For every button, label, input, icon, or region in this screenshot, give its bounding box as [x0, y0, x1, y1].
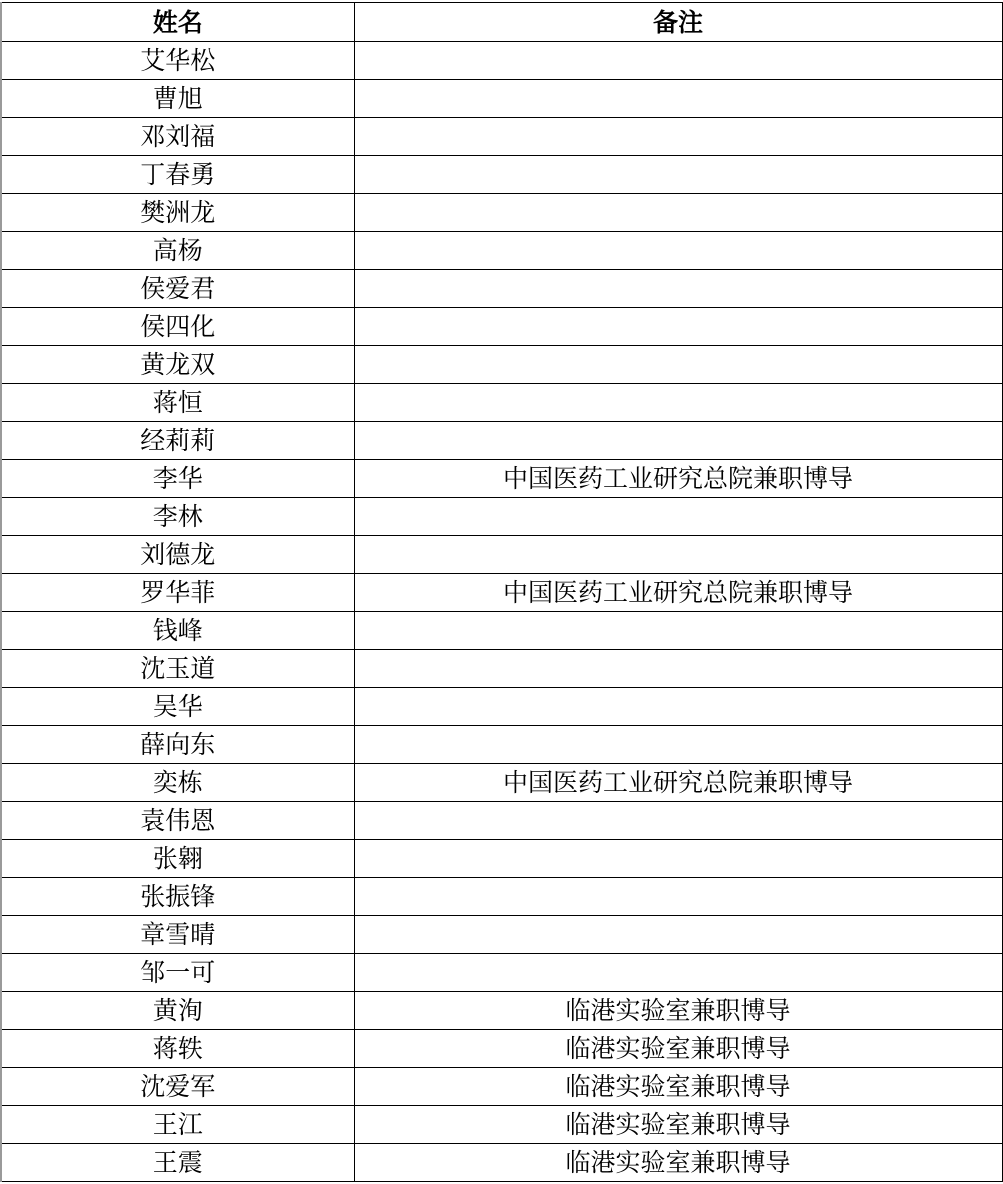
name-cell[interactable]: 章雪晴 — [1, 916, 354, 954]
note-cell[interactable] — [354, 916, 1002, 954]
note-cell[interactable] — [354, 954, 1002, 992]
name-cell[interactable]: 张振锋 — [1, 878, 354, 916]
note-cell[interactable] — [354, 422, 1002, 460]
name-cell[interactable]: 王江 — [1, 1106, 354, 1144]
table-row: 罗华菲中国医药工业研究总院兼职博导 — [1, 574, 1002, 612]
table-row: 王震临港实验室兼职博导 — [1, 1144, 1002, 1182]
table-row: 黄洵临港实验室兼职博导 — [1, 992, 1002, 1030]
name-cell[interactable]: 艾华松 — [1, 42, 354, 80]
table-row: 高杨 — [1, 232, 1002, 270]
table-row: 蒋轶临港实验室兼职博导 — [1, 1030, 1002, 1068]
table-row: 曹旭 — [1, 80, 1002, 118]
table-row: 张翱 — [1, 840, 1002, 878]
name-cell[interactable]: 王震 — [1, 1144, 354, 1182]
name-cell[interactable]: 黄洵 — [1, 992, 354, 1030]
header-row: 姓名 备注 — [1, 3, 1002, 42]
note-cell[interactable] — [354, 270, 1002, 308]
name-cell[interactable]: 张翱 — [1, 840, 354, 878]
table-row: 章雪晴 — [1, 916, 1002, 954]
note-cell[interactable]: 临港实验室兼职博导 — [354, 1144, 1002, 1182]
note-cell[interactable] — [354, 384, 1002, 422]
name-cell[interactable]: 李林 — [1, 498, 354, 536]
note-cell[interactable] — [354, 346, 1002, 384]
table-row: 薛向东 — [1, 726, 1002, 764]
name-cell[interactable]: 高杨 — [1, 232, 354, 270]
name-cell[interactable]: 黄龙双 — [1, 346, 354, 384]
table-row: 经莉莉 — [1, 422, 1002, 460]
table-row: 邹一可 — [1, 954, 1002, 992]
table-row: 刘德龙 — [1, 536, 1002, 574]
header-name[interactable]: 姓名 — [1, 3, 354, 42]
note-cell[interactable] — [354, 42, 1002, 80]
note-cell[interactable]: 临港实验室兼职博导 — [354, 1106, 1002, 1144]
name-cell[interactable]: 曹旭 — [1, 80, 354, 118]
note-cell[interactable] — [354, 878, 1002, 916]
name-cell[interactable]: 蒋轶 — [1, 1030, 354, 1068]
table-row: 王江临港实验室兼职博导 — [1, 1106, 1002, 1144]
table-row: 吴华 — [1, 688, 1002, 726]
name-cell[interactable]: 蒋恒 — [1, 384, 354, 422]
note-cell[interactable] — [354, 308, 1002, 346]
note-cell[interactable] — [354, 232, 1002, 270]
note-cell[interactable]: 临港实验室兼职博导 — [354, 1068, 1002, 1106]
name-cell[interactable]: 罗华菲 — [1, 574, 354, 612]
note-cell[interactable]: 中国医药工业研究总院兼职博导 — [354, 574, 1002, 612]
table-row: 奕栋中国医药工业研究总院兼职博导 — [1, 764, 1002, 802]
name-cell[interactable]: 奕栋 — [1, 764, 354, 802]
table-row: 侯爱君 — [1, 270, 1002, 308]
table-row: 艾华松 — [1, 42, 1002, 80]
name-cell[interactable]: 沈爱军 — [1, 1068, 354, 1106]
name-cell[interactable]: 丁春勇 — [1, 156, 354, 194]
table-row: 沈爱军临港实验室兼职博导 — [1, 1068, 1002, 1106]
note-cell[interactable] — [354, 726, 1002, 764]
note-cell[interactable] — [354, 840, 1002, 878]
table-body: 艾华松曹旭邓刘福丁春勇樊洲龙高杨侯爱君侯四化黄龙双蒋恒经莉莉李华中国医药工业研究… — [1, 42, 1002, 1182]
name-cell[interactable]: 李华 — [1, 460, 354, 498]
note-cell[interactable] — [354, 802, 1002, 840]
table-row: 黄龙双 — [1, 346, 1002, 384]
table-row: 樊洲龙 — [1, 194, 1002, 232]
table-row: 李林 — [1, 498, 1002, 536]
note-cell[interactable]: 中国医药工业研究总院兼职博导 — [354, 764, 1002, 802]
header-note[interactable]: 备注 — [354, 3, 1002, 42]
name-cell[interactable]: 樊洲龙 — [1, 194, 354, 232]
name-cell[interactable]: 侯爱君 — [1, 270, 354, 308]
note-cell[interactable]: 临港实验室兼职博导 — [354, 1030, 1002, 1068]
note-cell[interactable] — [354, 156, 1002, 194]
note-cell[interactable] — [354, 688, 1002, 726]
supervisor-table: 姓名 备注 艾华松曹旭邓刘福丁春勇樊洲龙高杨侯爱君侯四化黄龙双蒋恒经莉莉李华中国… — [0, 2, 1003, 1182]
name-cell[interactable]: 沈玉道 — [1, 650, 354, 688]
name-cell[interactable]: 经莉莉 — [1, 422, 354, 460]
table-row: 邓刘福 — [1, 118, 1002, 156]
table-row: 张振锋 — [1, 878, 1002, 916]
note-cell[interactable] — [354, 194, 1002, 232]
note-cell[interactable] — [354, 612, 1002, 650]
table-row: 钱峰 — [1, 612, 1002, 650]
table-row: 侯四化 — [1, 308, 1002, 346]
table-row: 沈玉道 — [1, 650, 1002, 688]
name-cell[interactable]: 吴华 — [1, 688, 354, 726]
table-row: 袁伟恩 — [1, 802, 1002, 840]
note-cell[interactable] — [354, 650, 1002, 688]
name-cell[interactable]: 刘德龙 — [1, 536, 354, 574]
name-cell[interactable]: 钱峰 — [1, 612, 354, 650]
name-cell[interactable]: 邹一可 — [1, 954, 354, 992]
note-cell[interactable] — [354, 118, 1002, 156]
table-row: 李华中国医药工业研究总院兼职博导 — [1, 460, 1002, 498]
name-cell[interactable]: 薛向东 — [1, 726, 354, 764]
name-cell[interactable]: 邓刘福 — [1, 118, 354, 156]
name-cell[interactable]: 侯四化 — [1, 308, 354, 346]
note-cell[interactable] — [354, 536, 1002, 574]
name-cell[interactable]: 袁伟恩 — [1, 802, 354, 840]
note-cell[interactable] — [354, 80, 1002, 118]
table-row: 蒋恒 — [1, 384, 1002, 422]
note-cell[interactable] — [354, 498, 1002, 536]
note-cell[interactable]: 中国医药工业研究总院兼职博导 — [354, 460, 1002, 498]
note-cell[interactable]: 临港实验室兼职博导 — [354, 992, 1002, 1030]
table-row: 丁春勇 — [1, 156, 1002, 194]
